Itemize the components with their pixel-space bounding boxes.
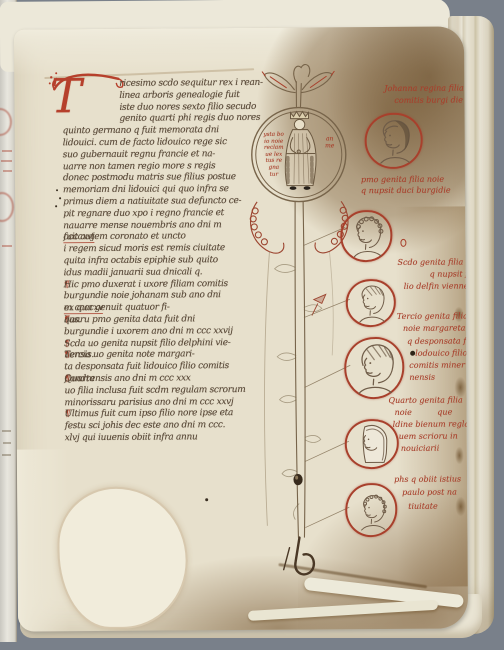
ghost-text-mark xyxy=(2,430,11,432)
ghost-text-mark xyxy=(3,170,12,172)
ink-speck xyxy=(205,498,208,501)
rubric-caption-4: Tercio genita filia noie margareta q des… xyxy=(397,310,468,384)
rubric-caption-1: Johanna regina filia comitis burgi die xyxy=(384,82,464,106)
woman-profile-curly xyxy=(342,212,390,260)
red-o-mark xyxy=(400,239,406,247)
woman-profile-large xyxy=(346,339,402,397)
ghost-text-mark xyxy=(1,160,12,162)
medallion-portrait-5 xyxy=(345,419,399,469)
rubric-caption-3: Scdo genita filia noi q nupsit fi lio de… xyxy=(396,256,469,293)
ink-dot xyxy=(410,351,415,356)
rubric-caption-6: phs q obiit istius paulo post na tiuitat… xyxy=(394,472,461,513)
ink-speck xyxy=(56,189,58,191)
rubric-caption-2: pmo genita filia noie q nupsit duci burg… xyxy=(361,174,451,197)
roundel-inscription-left: ysta bo io noie reclam ue lex tus re gna… xyxy=(253,132,295,178)
woman-profile-shaded xyxy=(348,281,394,325)
ink-speck xyxy=(55,205,57,207)
ghost-text-mark xyxy=(2,454,11,456)
woman-profile-coif xyxy=(367,115,421,167)
ink-speck xyxy=(59,197,61,199)
ghost-text-mark xyxy=(2,245,12,247)
roundel-inscription-right: an me xyxy=(319,135,341,149)
medallion-portrait-3 xyxy=(346,279,396,327)
medallion-portrait-4 xyxy=(344,337,404,399)
rubric-caption-5: Quarto genita filia noie que ldine bienu… xyxy=(388,394,468,455)
medallion-portrait-1 xyxy=(364,113,422,169)
ghost-medallion-mark xyxy=(0,108,12,136)
ghost-text-mark xyxy=(3,442,11,444)
medallion-portrait-2 xyxy=(340,210,392,262)
worn-patch-bottom-left xyxy=(57,486,188,629)
woman-profile-veil xyxy=(347,421,397,467)
manuscript-photo: T ricesimo scdo sequitur rex i rean-line… xyxy=(0,0,504,650)
medallion-portrait-6 xyxy=(345,483,397,537)
ghost-text-mark xyxy=(2,150,12,152)
manuscript-leaf: T ricesimo scdo sequitur rex i rean-line… xyxy=(14,26,468,631)
ghost-medallion-mark xyxy=(0,192,14,222)
child-profile-curly xyxy=(347,485,395,535)
